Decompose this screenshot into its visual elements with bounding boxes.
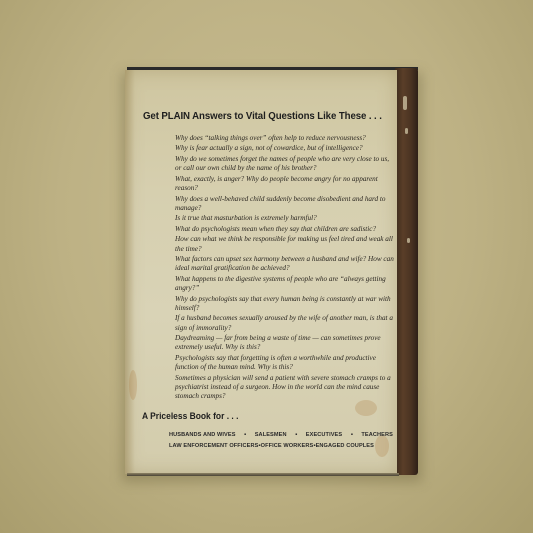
question-item: Why do psychologists say that every huma…	[175, 295, 397, 314]
audience-item: LAW ENFORCEMENT OFFICERS	[169, 443, 258, 449]
bullet-separator: ▪	[351, 432, 353, 438]
spine-wear	[403, 96, 407, 110]
cover-heading: Get PLAIN Answers to Vital Questions Lik…	[143, 110, 382, 122]
audience-row-1: HUSBANDS AND WIVES ▪ SALESMEN ▪ EXECUTIV…	[169, 432, 393, 438]
audience-item: HUSBANDS AND WIVES	[169, 432, 236, 438]
audience-item: EXECUTIVES	[306, 432, 342, 438]
book-bottom-edge	[127, 473, 399, 476]
question-item: Why do we sometimes forget the names of …	[175, 155, 397, 174]
book-back-cover: Get PLAIN Answers to Vital Questions Lik…	[125, 70, 397, 474]
cover-stain	[129, 370, 137, 400]
question-item: Sometimes a physician will send a patien…	[175, 374, 397, 402]
audience-row-2: LAW ENFORCEMENT OFFICERS ▪ OFFICE WORKER…	[169, 443, 365, 449]
bullet-separator: ▪	[295, 432, 297, 438]
book-spine	[395, 68, 418, 475]
question-item: Why does “talking things over” often hel…	[175, 134, 397, 143]
question-item: What happens to the digestive systems of…	[175, 275, 397, 294]
cover-stain	[375, 435, 389, 457]
question-item: Psychologists say that forgetting is oft…	[175, 354, 397, 373]
audience-item: ENGAGED COUPLES	[316, 443, 374, 449]
audience-item: OFFICE WORKERS	[261, 443, 314, 449]
question-item: Why does a well-behaved child suddenly b…	[175, 195, 397, 214]
question-item: Daydreaming — far from being a waste of …	[175, 334, 397, 353]
cover-edge-shading	[125, 70, 135, 474]
question-item: What factors can upset sex harmony betwe…	[175, 255, 397, 274]
audience-item: TEACHERS	[361, 432, 393, 438]
questions-list: Why does “talking things over” often hel…	[175, 134, 397, 403]
question-item: Is it true that masturbation is extremel…	[175, 214, 397, 223]
audience-item: SALESMEN	[255, 432, 287, 438]
priceless-heading: A Priceless Book for . . .	[142, 411, 238, 421]
question-item: What do psychologists mean when they say…	[175, 225, 397, 234]
question-item: What, exactly, is anger? Why do people b…	[175, 175, 397, 194]
bullet-separator: ▪	[244, 432, 246, 438]
question-item: How can what we think be responsible for…	[175, 235, 397, 254]
spine-wear	[407, 238, 410, 243]
question-item: Why is fear actually a sign, not of cowa…	[175, 144, 397, 153]
question-item: If a husband becomes sexually aroused by…	[175, 314, 397, 333]
spine-wear	[405, 128, 408, 134]
